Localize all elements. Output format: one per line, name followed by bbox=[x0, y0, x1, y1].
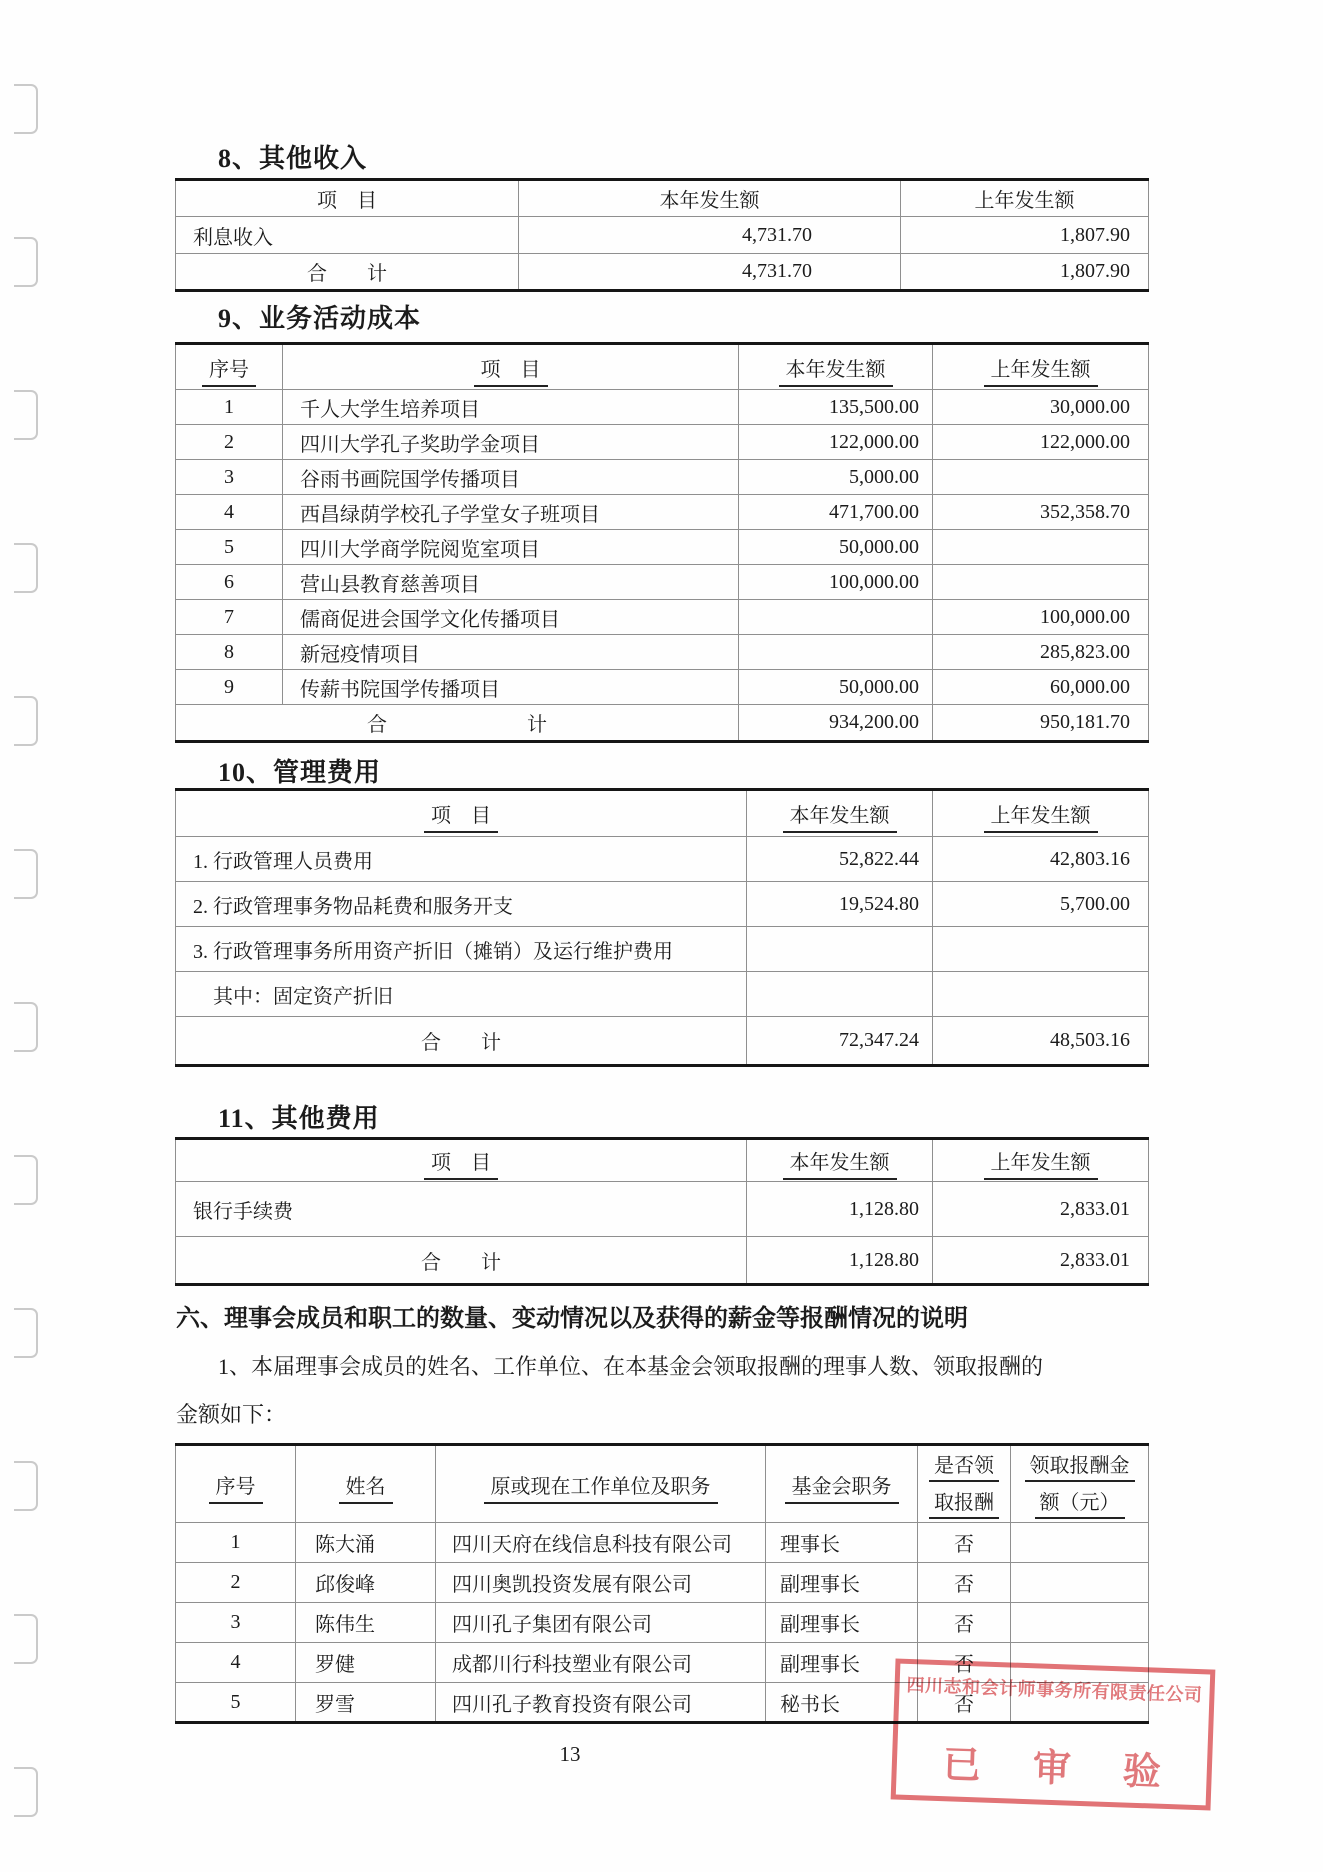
table-cell: 4 bbox=[176, 495, 283, 530]
column-header: 本年发生额 bbox=[739, 344, 933, 390]
total-previous-year: 950,181.70 bbox=[933, 705, 1149, 742]
binding-mark bbox=[14, 1155, 38, 1205]
column-header: 序号 bbox=[176, 1445, 296, 1523]
table-cell: 银行手续费 bbox=[176, 1182, 747, 1237]
table-cell: 52,822.44 bbox=[747, 837, 933, 882]
section-10-heading: 10、管理费用 bbox=[218, 752, 381, 789]
table-cell: 西昌绿荫学校孔子学堂女子班项目 bbox=[283, 495, 739, 530]
table-cell: 7 bbox=[176, 600, 283, 635]
table-cell: 四川大学商学院阅览室项目 bbox=[283, 530, 739, 565]
total-row: 合 计 4,731.70 1,807.90 bbox=[176, 254, 1149, 291]
table-row: 4西昌绿荫学校孔子学堂女子班项目471,700.00352,358.70 bbox=[176, 495, 1149, 530]
table-cell: 千人大学生培养项目 bbox=[283, 390, 739, 425]
page-number: 13 bbox=[540, 1742, 600, 1767]
column-header: 本年发生额 bbox=[519, 180, 901, 217]
total-current-year: 1,128.80 bbox=[747, 1237, 933, 1285]
table-cell: 传薪书院国学传播项目 bbox=[283, 670, 739, 705]
table-row: 1. 行政管理人员费用52,822.4442,803.16 bbox=[176, 837, 1149, 882]
table-cell: 352,358.70 bbox=[933, 495, 1149, 530]
total-label: 合 计 bbox=[176, 254, 519, 291]
table-row: 2. 行政管理事务物品耗费和服务开支19,524.805,700.00 bbox=[176, 882, 1149, 927]
table-cell: 2 bbox=[176, 425, 283, 460]
table-row: 2邱俊峰四川奥凯投资发展有限公司副理事长否 bbox=[176, 1563, 1149, 1603]
column-header: 原或现在工作单位及职务 bbox=[436, 1445, 766, 1523]
binding-mark bbox=[14, 84, 38, 134]
table-cell: 1,128.80 bbox=[747, 1182, 933, 1237]
table-cell: 1 bbox=[176, 390, 283, 425]
table-cell: 9 bbox=[176, 670, 283, 705]
total-previous-year: 1,807.90 bbox=[901, 254, 1149, 291]
total-row: 合 计 934,200.00 950,181.70 bbox=[176, 705, 1149, 742]
management-expense-table: 项 目 本年发生额 上年发生额 1. 行政管理人员费用52,822.4442,8… bbox=[175, 788, 1149, 1067]
table-cell: 2. 行政管理事务物品耗费和服务开支 bbox=[176, 882, 747, 927]
document-page: 8、其他收入 项 目 本年发生额 上年发生额 利息收入4,731.701,807… bbox=[0, 0, 1323, 1872]
table-cell bbox=[1011, 1523, 1149, 1563]
binding-mark bbox=[14, 1614, 38, 1664]
table-cell: 122,000.00 bbox=[933, 425, 1149, 460]
table-cell: 成都川行科技塑业有限公司 bbox=[436, 1643, 766, 1683]
column-header: 上年发生额 bbox=[901, 180, 1149, 217]
table-cell: 8 bbox=[176, 635, 283, 670]
table-row: 2四川大学孔子奖助学金项目122,000.00122,000.00 bbox=[176, 425, 1149, 460]
table-header-row: 项 目 本年发生额 上年发生额 bbox=[176, 180, 1149, 217]
column-header: 姓名 bbox=[296, 1445, 436, 1523]
table-cell: 儒商促进会国学文化传播项目 bbox=[283, 600, 739, 635]
table-cell bbox=[933, 927, 1149, 972]
table-header-row: 项 目 本年发生额 上年发生额 bbox=[176, 1139, 1149, 1182]
column-header: 项 目 bbox=[176, 1139, 747, 1182]
table-header-row: 项 目 本年发生额 上年发生额 bbox=[176, 790, 1149, 837]
table-cell: 1 bbox=[176, 1523, 296, 1563]
table-cell: 副理事长 bbox=[766, 1563, 918, 1603]
audit-stamp-firm-name: 四川志和会计师事务所有限责任公司 bbox=[906, 1671, 1203, 1707]
table-cell bbox=[1011, 1563, 1149, 1603]
other-income-table: 项 目 本年发生额 上年发生额 利息收入4,731.701,807.90 合 计… bbox=[175, 178, 1149, 292]
paragraph-line-2: 金额如下： bbox=[176, 1398, 286, 1429]
table-cell: 50,000.00 bbox=[739, 530, 933, 565]
column-header: 本年发生额 bbox=[747, 790, 933, 837]
table-cell: 471,700.00 bbox=[739, 495, 933, 530]
total-previous-year: 48,503.16 bbox=[933, 1017, 1149, 1066]
total-row: 合 计 72,347.24 48,503.16 bbox=[176, 1017, 1149, 1066]
table-cell: 邱俊峰 bbox=[296, 1563, 436, 1603]
column-header: 基金会职务 bbox=[766, 1445, 918, 1523]
table-cell: 陈大涌 bbox=[296, 1523, 436, 1563]
table-cell: 100,000.00 bbox=[933, 600, 1149, 635]
table-cell bbox=[933, 530, 1149, 565]
table-cell: 四川奥凯投资发展有限公司 bbox=[436, 1563, 766, 1603]
other-expense-table: 项 目 本年发生额 上年发生额 银行手续费1,128.802,833.01 合 … bbox=[175, 1137, 1149, 1286]
table-cell: 2 bbox=[176, 1563, 296, 1603]
table-cell: 135,500.00 bbox=[739, 390, 933, 425]
column-header: 是否领 取报酬 bbox=[918, 1445, 1011, 1523]
table-row: 1陈大涌四川天府在线信息科技有限公司理事长否 bbox=[176, 1523, 1149, 1563]
table-cell: 4,731.70 bbox=[519, 217, 901, 254]
table-header-row: 序号 项 目 本年发生额 上年发生额 bbox=[176, 344, 1149, 390]
section-6-heading: 六、理事会成员和职工的数量、变动情况以及获得的薪金等报酬情况的说明 bbox=[176, 1298, 968, 1333]
total-previous-year: 2,833.01 bbox=[933, 1237, 1149, 1285]
table-cell bbox=[1011, 1603, 1149, 1643]
table-row: 利息收入4,731.701,807.90 bbox=[176, 217, 1149, 254]
table-cell: 营山县教育慈善项目 bbox=[283, 565, 739, 600]
table-row: 3陈伟生四川孔子集团有限公司副理事长否 bbox=[176, 1603, 1149, 1643]
binding-mark bbox=[14, 849, 38, 899]
table-cell: 3 bbox=[176, 460, 283, 495]
column-header: 序号 bbox=[176, 344, 283, 390]
table-cell: 罗健 bbox=[296, 1643, 436, 1683]
table-cell: 6 bbox=[176, 565, 283, 600]
table-cell bbox=[747, 972, 933, 1017]
table-cell bbox=[933, 565, 1149, 600]
table-cell: 5 bbox=[176, 1683, 296, 1723]
table-cell: 30,000.00 bbox=[933, 390, 1149, 425]
audit-stamp: 四川志和会计师事务所有限责任公司 已审验 bbox=[891, 1658, 1216, 1810]
table-row: 1千人大学生培养项目135,500.0030,000.00 bbox=[176, 390, 1149, 425]
table-cell: 5 bbox=[176, 530, 283, 565]
table-cell: 3. 行政管理事务所用资产折旧（摊销）及运行维护费用 bbox=[176, 927, 747, 972]
total-label: 合 计 bbox=[176, 1237, 747, 1285]
table-row: 9传薪书院国学传播项目50,000.0060,000.00 bbox=[176, 670, 1149, 705]
table-cell: 1. 行政管理人员费用 bbox=[176, 837, 747, 882]
binding-mark bbox=[14, 237, 38, 287]
total-row: 合 计 1,128.80 2,833.01 bbox=[176, 1237, 1149, 1285]
binding-mark bbox=[14, 696, 38, 746]
total-current-year: 72,347.24 bbox=[747, 1017, 933, 1066]
table-cell: 四川天府在线信息科技有限公司 bbox=[436, 1523, 766, 1563]
table-cell bbox=[747, 927, 933, 972]
column-header: 领取报酬金 额（元） bbox=[1011, 1445, 1149, 1523]
paragraph-line-1: 1、本届理事会成员的姓名、工作单位、在本基金会领取报酬的理事人数、领取报酬的 bbox=[218, 1350, 1043, 1381]
table-row: 3谷雨书画院国学传播项目5,000.00 bbox=[176, 460, 1149, 495]
column-header: 项 目 bbox=[176, 790, 747, 837]
binding-mark bbox=[14, 390, 38, 440]
table-cell: 新冠疫情项目 bbox=[283, 635, 739, 670]
table-row: 其中：固定资产折旧 bbox=[176, 972, 1149, 1017]
column-header: 项 目 bbox=[176, 180, 519, 217]
table-cell: 100,000.00 bbox=[739, 565, 933, 600]
total-label: 合 计 bbox=[176, 705, 739, 742]
binding-mark bbox=[14, 1461, 38, 1511]
table-row: 5四川大学商学院阅览室项目50,000.00 bbox=[176, 530, 1149, 565]
table-cell: 19,524.80 bbox=[747, 882, 933, 927]
table-cell: 四川孔子集团有限公司 bbox=[436, 1603, 766, 1643]
table-cell: 285,823.00 bbox=[933, 635, 1149, 670]
table-cell: 谷雨书画院国学传播项目 bbox=[283, 460, 739, 495]
table-cell: 利息收入 bbox=[176, 217, 519, 254]
table-cell: 5,700.00 bbox=[933, 882, 1149, 927]
section-8-heading: 8、其他收入 bbox=[218, 138, 367, 175]
table-cell bbox=[933, 972, 1149, 1017]
table-cell: 2,833.01 bbox=[933, 1182, 1149, 1237]
table-cell: 3 bbox=[176, 1603, 296, 1643]
table-cell: 其中：固定资产折旧 bbox=[176, 972, 747, 1017]
table-cell: 42,803.16 bbox=[933, 837, 1149, 882]
binding-mark bbox=[14, 1308, 38, 1358]
table-cell bbox=[739, 635, 933, 670]
table-cell: 陈伟生 bbox=[296, 1603, 436, 1643]
table-cell: 1,807.90 bbox=[901, 217, 1149, 254]
table-cell: 50,000.00 bbox=[739, 670, 933, 705]
binding-mark bbox=[14, 1767, 38, 1817]
binding-mark bbox=[14, 543, 38, 593]
table-cell: 5,000.00 bbox=[739, 460, 933, 495]
column-header: 上年发生额 bbox=[933, 344, 1149, 390]
table-cell bbox=[933, 460, 1149, 495]
total-label: 合 计 bbox=[176, 1017, 747, 1066]
audit-stamp-verified-text: 已审验 bbox=[942, 1733, 1214, 1797]
table-row: 银行手续费1,128.802,833.01 bbox=[176, 1182, 1149, 1237]
column-header: 项 目 bbox=[283, 344, 739, 390]
table-header-row: 序号 姓名 原或现在工作单位及职务 基金会职务 是否领 取报酬 领取报酬金 额（… bbox=[176, 1445, 1149, 1523]
table-row: 8新冠疫情项目285,823.00 bbox=[176, 635, 1149, 670]
table-cell: 否 bbox=[918, 1563, 1011, 1603]
section-11-heading: 11、其他费用 bbox=[218, 1098, 380, 1135]
table-cell: 四川孔子教育投资有限公司 bbox=[436, 1683, 766, 1723]
table-cell: 四川大学孔子奖助学金项目 bbox=[283, 425, 739, 460]
column-header: 本年发生额 bbox=[747, 1139, 933, 1182]
table-cell: 否 bbox=[918, 1523, 1011, 1563]
table-cell: 副理事长 bbox=[766, 1603, 918, 1643]
table-cell: 122,000.00 bbox=[739, 425, 933, 460]
table-cell: 理事长 bbox=[766, 1523, 918, 1563]
table-cell: 4 bbox=[176, 1643, 296, 1683]
table-cell bbox=[739, 600, 933, 635]
table-row: 7儒商促进会国学文化传播项目100,000.00 bbox=[176, 600, 1149, 635]
table-cell: 罗雪 bbox=[296, 1683, 436, 1723]
table-row: 6营山县教育慈善项目100,000.00 bbox=[176, 565, 1149, 600]
column-header: 上年发生额 bbox=[933, 1139, 1149, 1182]
column-header: 上年发生额 bbox=[933, 790, 1149, 837]
table-cell: 60,000.00 bbox=[933, 670, 1149, 705]
total-current-year: 934,200.00 bbox=[739, 705, 933, 742]
binding-mark bbox=[14, 1002, 38, 1052]
section-9-heading: 9、业务活动成本 bbox=[218, 298, 421, 335]
table-row: 3. 行政管理事务所用资产折旧（摊销）及运行维护费用 bbox=[176, 927, 1149, 972]
activity-cost-table: 序号 项 目 本年发生额 上年发生额 1千人大学生培养项目135,500.003… bbox=[175, 342, 1149, 743]
table-cell: 否 bbox=[918, 1603, 1011, 1643]
total-current-year: 4,731.70 bbox=[519, 254, 901, 291]
